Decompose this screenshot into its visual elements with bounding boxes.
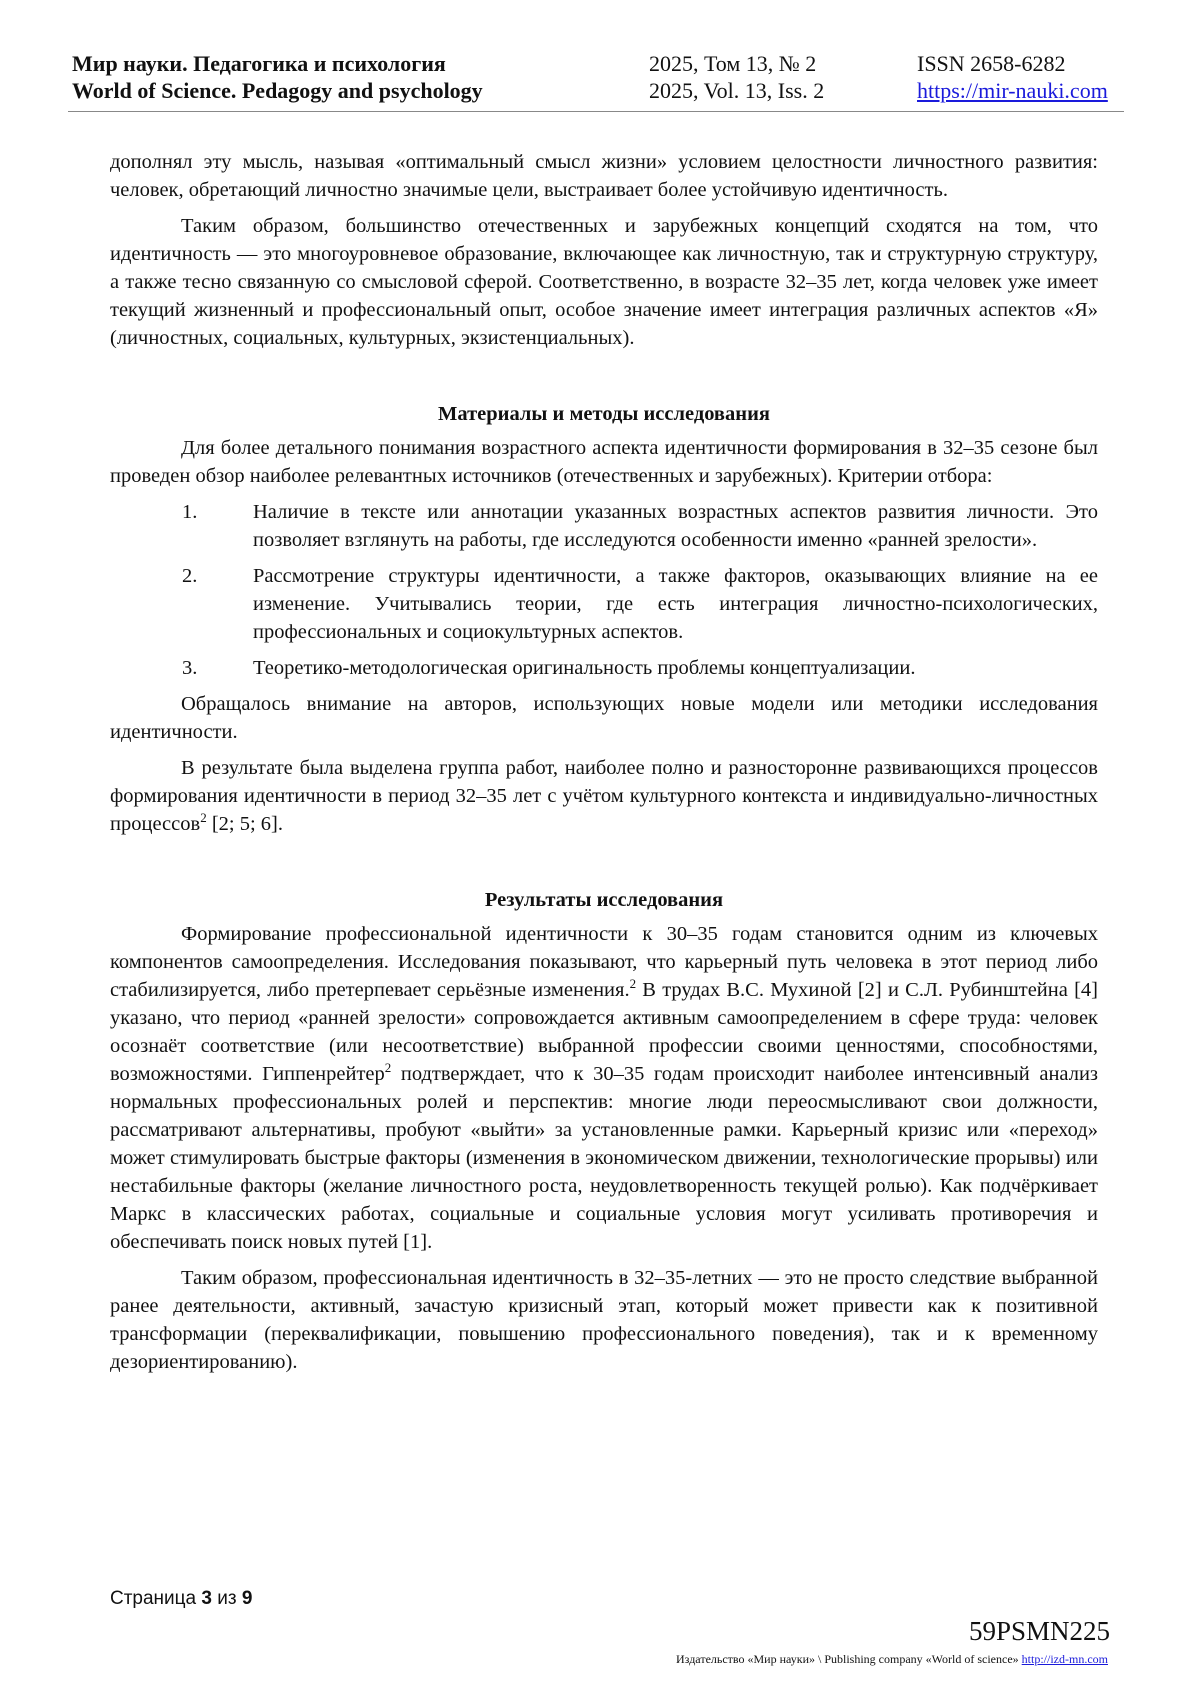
publisher-line: Издательство «Мир науки» \ Publishing co… (676, 1652, 1108, 1667)
list-item: 1. Наличие в тексте или аннотации указан… (110, 498, 1098, 554)
page-label: Страница (110, 1588, 196, 1609)
page-sep: из (217, 1588, 236, 1609)
section-heading-methods: Материалы и методы исследования (110, 400, 1098, 428)
list-number: 2. (110, 562, 253, 646)
article-body: дополнял эту мысль, называя «оптимальный… (110, 148, 1098, 1384)
paragraph: Формирование профессиональной идентичнос… (110, 920, 1098, 1256)
criteria-list: 1. Наличие в тексте или аннотации указан… (110, 498, 1098, 682)
paragraph: Таким образом, профессиональная идентичн… (110, 1264, 1098, 1376)
journal-header: Мир науки. Педагогика и психология 2025,… (72, 50, 1132, 104)
list-number: 1. (110, 498, 253, 554)
list-item: 3. Теоретико-методологическая оригинальн… (110, 654, 1098, 682)
issue-ru: 2025, Том 13, № 2 (649, 50, 917, 77)
paragraph: Таким образом, большинство отечественных… (110, 212, 1098, 352)
publisher-link[interactable]: http://izd-mn.com (1022, 1652, 1108, 1666)
list-text: Теоретико-методологическая оригинальност… (253, 654, 1098, 682)
paragraph: Обращалось внимание на авторов, использу… (110, 690, 1098, 746)
issn: ISSN 2658-6282 (917, 50, 1066, 77)
list-text: Рассмотрение структуры идентичности, а т… (253, 562, 1098, 646)
paragraph: Для более детального понимания возрастно… (110, 434, 1098, 490)
list-number: 3. (110, 654, 253, 682)
header-divider (68, 111, 1124, 112)
text-span: [2; 5; 6]. (207, 813, 283, 835)
section-heading-results: Результаты исследования (110, 886, 1098, 914)
publisher-text: Издательство «Мир науки» \ Publishing co… (676, 1652, 1022, 1666)
journal-title-ru: Мир науки. Педагогика и психология (72, 50, 649, 77)
page-number: Страница 3 из 9 (110, 1588, 252, 1610)
article-code: 59PSMN225 (969, 1616, 1110, 1647)
paragraph: дополнял эту мысль, называя «оптимальный… (110, 148, 1098, 204)
journal-title-en: World of Science. Pedagogy and psycholog… (72, 77, 649, 104)
list-item: 2. Рассмотрение структуры идентичности, … (110, 562, 1098, 646)
page-current: 3 (201, 1588, 212, 1609)
text-span: подтверждает, что к 30–35 годам происход… (110, 1063, 1098, 1253)
paragraph: В результате была выделена группа работ,… (110, 754, 1098, 838)
journal-url-link[interactable]: https://mir-nauki.com (917, 78, 1108, 103)
page-total: 9 (242, 1588, 253, 1609)
list-text: Наличие в тексте или аннотации указанных… (253, 498, 1098, 554)
issue-en: 2025, Vol. 13, Iss. 2 (649, 77, 917, 104)
